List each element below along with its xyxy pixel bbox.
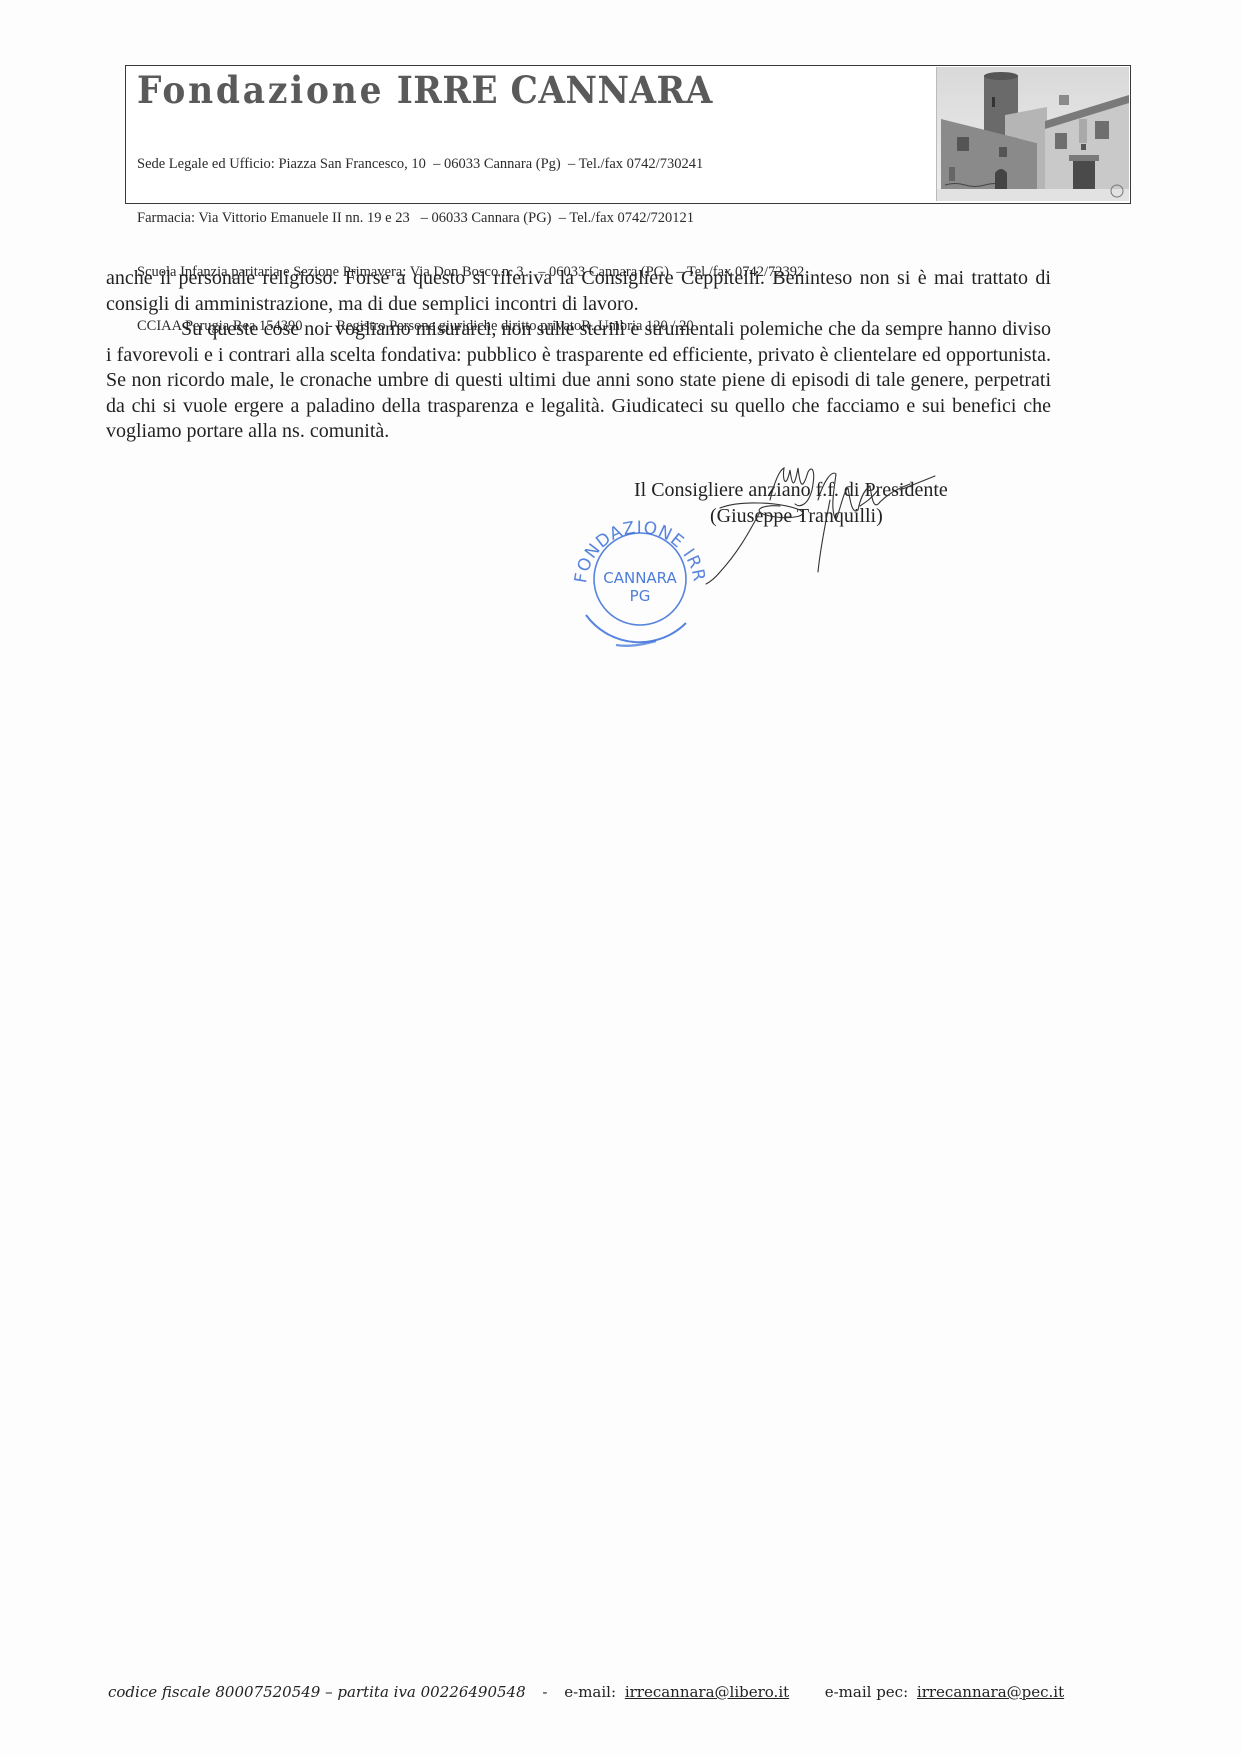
- organization-title: Fondazione IRRE CANNARA: [137, 68, 713, 112]
- footer: codice fiscale 80007520549 – partita iva…: [108, 1683, 1064, 1701]
- letterhead: Fondazione IRRE CANNARA Sede Legale ed U…: [125, 65, 1131, 204]
- title-part-2: IRRE CANNARA: [397, 68, 713, 112]
- stamp-center-line-2: PG: [630, 587, 651, 605]
- title-part-1: Fondazione: [137, 68, 384, 112]
- paragraph-1: anche il personale religioso. Forse a qu…: [106, 266, 1051, 317]
- email-link[interactable]: irrecannara@libero.it: [625, 1683, 789, 1701]
- email-label: e-mail:: [564, 1683, 616, 1701]
- official-stamp: FONDAZIONE IRRE CANNARA CANNARA PG: [556, 495, 724, 655]
- document-page: Fondazione IRRE CANNARA Sede Legale ed U…: [0, 0, 1241, 1755]
- stamp-center-line-1: CANNARA: [603, 569, 677, 587]
- fiscal-codes: codice fiscale 80007520549 – partita iva…: [108, 1683, 526, 1701]
- building-photo-icon: [937, 67, 1129, 201]
- signature-name: (Giuseppe Tranquilli): [710, 505, 883, 528]
- pec-label: e-mail pec:: [825, 1683, 908, 1701]
- letterhead-photo: [936, 67, 1129, 201]
- pec-email-link[interactable]: irrecannara@pec.it: [917, 1683, 1064, 1701]
- paragraph-2: Su queste cose noi vogliamo misurarci, n…: [106, 317, 1051, 445]
- address-line-headquarters: Sede Legale ed Ufficio: Piazza San Franc…: [137, 155, 804, 173]
- letter-body: anche il personale religioso. Forse a qu…: [106, 266, 1051, 445]
- footer-separator: -: [542, 1683, 547, 1701]
- address-line-pharmacy: Farmacia: Via Vittorio Emanuele II nn. 1…: [137, 209, 804, 227]
